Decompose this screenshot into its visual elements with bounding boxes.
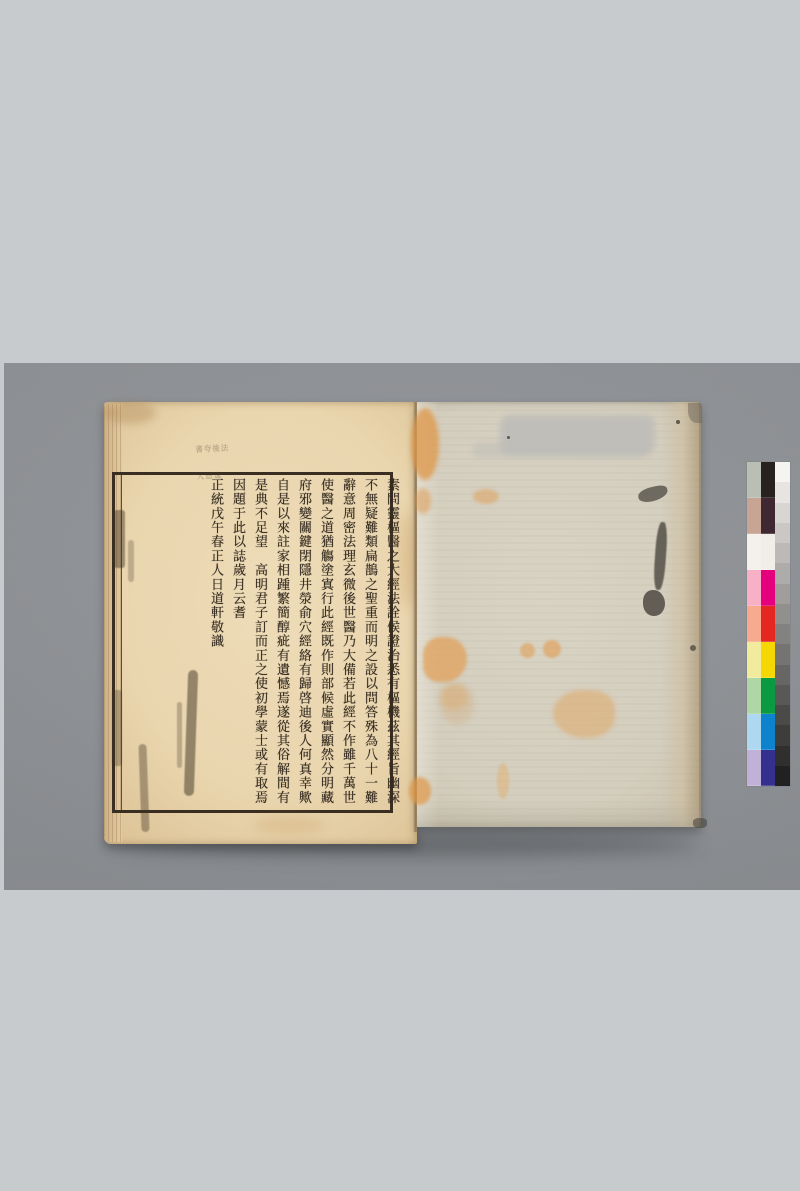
- color-calibration-bar: [747, 462, 790, 786]
- color-swatch: [761, 750, 775, 786]
- gray-swatch: [775, 523, 790, 543]
- foxing-stain: [423, 637, 467, 682]
- gray-swatch: [775, 482, 790, 502]
- damage-mark: [643, 590, 665, 616]
- foxing-stain: [254, 816, 324, 834]
- gray-swatch: [775, 746, 790, 766]
- spine-ink-mark: [112, 690, 122, 766]
- digitized-book-photograph: 世紀乃東 乙大人醫 書夸後法 人悠逮 素問靈樞醫之大經法詮候證治悉有樞機茲其經旨…: [0, 0, 800, 1191]
- text-column: 是典不足望 高明君子訂而正之使初學蒙士或有取焉: [250, 478, 271, 808]
- stitch-hole: [676, 420, 680, 424]
- color-swatch: [747, 570, 761, 606]
- color-swatch: [761, 642, 775, 678]
- gray-swatch: [775, 503, 790, 523]
- gray-swatch: [775, 644, 790, 664]
- ink-smudge: [177, 702, 182, 768]
- calibration-pastel-column: [747, 462, 761, 786]
- color-swatch: [761, 714, 775, 750]
- gray-swatch: [775, 604, 790, 624]
- foxing-stain: [415, 488, 431, 514]
- calibration-saturated-column: [761, 462, 775, 786]
- color-swatch: [747, 678, 761, 714]
- text-column: 自是以來註家相踵繁簡醇疵有遺憾焉遂從其俗解間有: [272, 478, 293, 808]
- calibration-grayscale-column: [775, 462, 790, 786]
- color-swatch: [747, 534, 761, 570]
- gray-patch: [472, 442, 647, 458]
- gray-swatch: [775, 563, 790, 583]
- foxing-stain: [473, 489, 499, 504]
- gray-swatch: [775, 665, 790, 685]
- gray-swatch: [775, 462, 790, 482]
- gray-swatch: [775, 685, 790, 705]
- foxing-stain: [440, 683, 474, 725]
- color-swatch: [747, 750, 761, 786]
- color-swatch: [761, 678, 775, 714]
- gray-swatch: [775, 705, 790, 725]
- stitch-hole: [507, 436, 510, 439]
- corner-wear: [688, 403, 702, 423]
- text-column: 因題于此以誌歲月云耆: [228, 478, 249, 808]
- foxing-stain: [411, 408, 439, 480]
- right-page: [417, 402, 701, 827]
- color-swatch: [747, 606, 761, 642]
- text-column: 使醫之道猶觴塗寘行此經既作則部候虛實顯然分明藏: [316, 478, 337, 808]
- text-column: 府邪變關鍵閉隱井滎俞穴經絡有歸啓迪後人何真幸歟: [294, 478, 315, 808]
- color-swatch: [761, 462, 775, 498]
- gray-swatch: [775, 584, 790, 604]
- corner-wear: [693, 818, 707, 828]
- text-column: 辭意周密法理玄微後世醫乃大備若此經不作雖千萬世: [338, 478, 359, 808]
- spine-ink-mark: [128, 540, 134, 582]
- color-swatch: [761, 606, 775, 642]
- gray-swatch: [775, 766, 790, 786]
- foxing-stain: [543, 640, 561, 658]
- foxing-stain: [553, 690, 615, 738]
- foxing-stain: [497, 763, 509, 799]
- color-swatch: [747, 714, 761, 750]
- left-page: 世紀乃東 乙大人醫 書夸後法 人悠逮 素問靈樞醫之大經法詮候證治悉有樞機茲其經旨…: [104, 402, 417, 844]
- bottom-edge-band: [417, 801, 701, 827]
- color-swatch: [761, 534, 775, 570]
- gray-swatch: [775, 725, 790, 745]
- color-swatch: [761, 570, 775, 606]
- photo-gray-background: 世紀乃東 乙大人醫 書夸後法 人悠逮 素問靈樞醫之大經法詮候證治悉有樞機茲其經旨…: [4, 363, 800, 890]
- foxing-stain: [409, 777, 431, 805]
- spine-ink-mark: [114, 510, 125, 568]
- color-swatch: [761, 498, 775, 534]
- handwritten-line: 書夸後法: [195, 443, 229, 454]
- color-swatch: [747, 642, 761, 678]
- text-column: 正統戊午春正人日道軒敬識: [206, 478, 227, 808]
- gray-swatch: [775, 624, 790, 644]
- corner-wear: [104, 402, 156, 424]
- text-column: 不無疑難類扁鵲之聖重而明之設以問答殊為八十一難: [360, 478, 381, 808]
- color-swatch: [747, 498, 761, 534]
- foxing-stain: [520, 643, 535, 658]
- stitch-hole: [690, 645, 696, 651]
- gray-swatch: [775, 543, 790, 563]
- color-swatch: [747, 462, 761, 498]
- page-edge-band: [662, 402, 701, 827]
